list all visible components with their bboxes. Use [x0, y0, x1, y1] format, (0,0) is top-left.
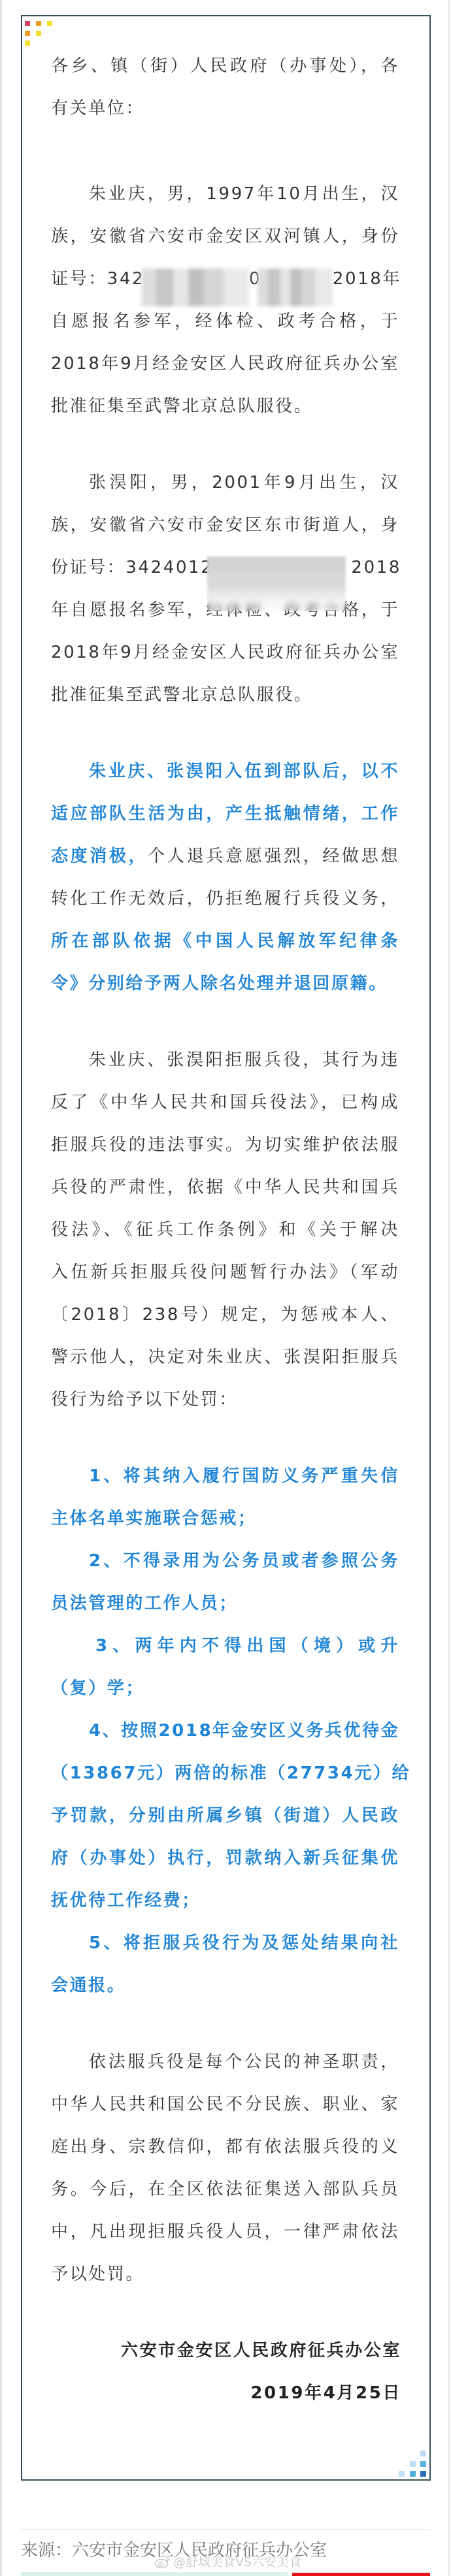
- paragraph-line: 中华人民共和国公民不分民族、职业、家: [51, 2084, 399, 2126]
- paragraph-line: 〔2018〕238号）规定，为惩戒本人、: [51, 1294, 399, 1336]
- paragraph-line: 予以处罚。: [51, 2253, 399, 2296]
- penalty-line: 主体名单实施联合惩戒；: [51, 1498, 399, 1540]
- id-number-line: 证号：342 0 2018年: [51, 258, 399, 300]
- paragraph-line: 自愿报名参军，经体检、政考合格，于: [51, 300, 399, 343]
- penalty-line: （复）学；: [51, 1667, 399, 1710]
- square-icon: [25, 31, 30, 36]
- signature-block: 六安市金安区人民政府征兵办公室 2019年4月25日: [51, 2330, 399, 2415]
- paragraph-line: 张淏阳，男，2001年9月出生，汉: [51, 462, 399, 504]
- paragraph-line: 反了《中华人民共和国兵役法》，已构成: [51, 1082, 399, 1124]
- penalty-line: 予罚款，分别由所属乡镇（街道）人民政: [51, 1795, 399, 1837]
- issue-date: 2019年4月25日: [51, 2372, 401, 2415]
- square-icon: [25, 40, 30, 46]
- penalty-line: 员法管理的工作人员；: [51, 1583, 399, 1625]
- paragraph-line: 依法服兵役是每个公民的神圣职责，: [51, 2041, 399, 2084]
- paragraph-line: 中，凡出现拒服兵役人员，一律严肃依法: [51, 2211, 399, 2253]
- penalty-line: 5、将拒服兵役行为及惩处结果向社: [51, 1922, 399, 1965]
- paragraph-line: 朱业庆、张淏阳拒服兵役，其行为违: [51, 1039, 399, 1082]
- penalty-item-5: 5、将拒服兵役行为及惩处结果向社 会通报。: [51, 1922, 399, 2007]
- notice-body: 各乡、镇（街）人民政府（办事处），各 有关单位： 朱业庆，男，1997年10月出…: [51, 45, 399, 2415]
- paragraph-line: 庭出身、宗教信仰，都有依法服兵役的义: [51, 2126, 399, 2168]
- paragraph-line: 族，安徽省六安市金安区双河镇人，身份: [51, 216, 399, 258]
- penalty-line: 3、两年内不得出国（境）或升: [51, 1625, 399, 1667]
- issuer-name: 六安市金安区人民政府征兵办公室: [51, 2330, 401, 2372]
- emphasis-text: 态度消极，: [51, 846, 148, 866]
- square-icon: [420, 2471, 426, 2477]
- id-visible-start: 份证号：3424012: [51, 558, 213, 577]
- paragraph-person-zhu: 朱业庆，男，1997年10月出生，汉 族，安徽省六安市金安区双河镇人，身份 证号…: [51, 173, 399, 428]
- square-icon: [36, 21, 41, 26]
- square-icon: [36, 31, 41, 36]
- paragraph-violation: 朱业庆、张淏阳拒服兵役，其行为违 反了《中华人民共和国兵役法》，已构成 拒服兵役…: [51, 1039, 399, 1421]
- emphasis-line: 令》分别给予两人除名处理并退回原籍。: [51, 963, 399, 1005]
- paragraph-line: 拒服兵役的违法事实。为切实维护依法服: [51, 1124, 399, 1167]
- square-icon: [420, 2461, 426, 2467]
- penalty-line: （13867元）两倍的标准（27734元）给: [51, 1752, 399, 1795]
- emphasis-line: 朱业庆、张淏阳入伍到部队后，以不: [51, 750, 399, 793]
- emphasis-line: 适应部队生活为由，产生抵触情绪，工作: [51, 793, 399, 835]
- square-icon: [410, 2461, 416, 2467]
- square-icon: [420, 2451, 426, 2456]
- salutation-line: 各乡、镇（街）人民政府（办事处），各: [51, 45, 399, 88]
- watermark: @舒城美食VS六安美食: [154, 2554, 301, 2570]
- emphasis-line: 所在部队依据《中国人民解放军纪律条: [51, 920, 399, 963]
- penalty-line: 1、将其纳入履行国防义务严重失信: [51, 1455, 399, 1498]
- watermark-text: @舒城美食VS六安美食: [173, 2554, 301, 2570]
- square-icon: [25, 21, 30, 26]
- bottom-bar-red: [292, 2573, 430, 2576]
- paragraph-line: 入伍新兵拒服兵役问题暂行办法》（军动: [51, 1251, 399, 1294]
- id-visible-end: 2018: [351, 547, 401, 589]
- salutation: 各乡、镇（街）人民政府（办事处），各 有关单位：: [51, 45, 399, 130]
- paragraph-line: 兵役的严肃性，依据《中华人民共和国兵: [51, 1167, 399, 1209]
- page-left-edge: [0, 0, 2, 2576]
- penalty-list: 1、将其纳入履行国防义务严重失信 主体名单实施联合惩戒； 2、不得录用为公务员或…: [51, 1455, 399, 2007]
- paragraph-closing: 依法服兵役是每个公民的神圣职责， 中华人民共和国公民不分民族、职业、家 庭出身、…: [51, 2041, 399, 2296]
- paragraph-line: 朱业庆，男，1997年10月出生，汉: [51, 173, 399, 216]
- paragraph-line: 批准征集至武警北京总队服役。: [51, 385, 399, 428]
- paragraph-line: 役行为给予以下处罚：: [51, 1379, 399, 1421]
- square-icon: [399, 2471, 405, 2477]
- square-icon: [47, 21, 52, 26]
- penalty-item-2: 2、不得录用为公务员或者参照公务 员法管理的工作人员；: [51, 1540, 399, 1625]
- penalty-item-4: 4、按照2018年金安区义务兵优待金 （13867元）两倍的标准（27734元）…: [51, 1710, 399, 1922]
- penalty-line: 4、按照2018年金安区义务兵优待金: [51, 1710, 399, 1752]
- bottom-bar-left: [21, 2572, 288, 2576]
- divider: [21, 2529, 431, 2530]
- id-visible-start: 证号：342: [51, 269, 144, 289]
- penalty-line: 会通报。: [51, 1965, 399, 2007]
- penalty-item-3: 3、两年内不得出国（境）或升 （复）学；: [51, 1625, 399, 1710]
- paragraph-dismissal: 朱业庆、张淏阳入伍到部队后，以不 适应部队生活为由，产生抵触情绪，工作 态度消极…: [51, 750, 399, 1005]
- plain-text: 个人退兵意愿强烈，经做思想: [148, 846, 399, 866]
- weibo-logo-icon: [154, 2556, 171, 2569]
- paragraph-line: 2018年9月经金安区人民政府征兵办公室: [51, 343, 399, 385]
- penalty-line: 府（办事处）执行，罚款纳入新兵征集优: [51, 1837, 399, 1880]
- salutation-line: 有关单位：: [51, 88, 399, 130]
- page-right-edge: [448, 0, 450, 2576]
- id-visible-end: 2018年: [333, 258, 401, 300]
- penalty-line: 2、不得录用为公务员或者参照公务: [51, 1540, 399, 1583]
- paragraph-line: 务。今后，在全区依法征集送入部队兵员: [51, 2168, 399, 2211]
- paragraph-line: 2018年9月经金安区人民政府征兵办公室: [51, 632, 399, 674]
- mixed-line: 态度消极，个人退兵意愿强烈，经做思想: [51, 835, 399, 878]
- paragraph-line: 警示他人，决定对朱业庆、张淏阳拒服兵: [51, 1336, 399, 1379]
- paragraph-line: 转化工作无效后，仍拒绝履行兵役义务，: [51, 878, 399, 920]
- paragraph-line: 族，安徽省六安市金安区东市街道人，身: [51, 504, 399, 547]
- paragraph-line: 批准征集至武警北京总队服役。: [51, 674, 399, 716]
- penalty-item-1: 1、将其纳入履行国防义务严重失信 主体名单实施联合惩戒；: [51, 1455, 399, 1540]
- square-icon: [410, 2471, 416, 2477]
- redaction-blur: [207, 556, 346, 611]
- paragraph-line: 役法》、《征兵工作条例》和《关于解决: [51, 1209, 399, 1251]
- penalty-line: 抚优待工作经费；: [51, 1880, 399, 1922]
